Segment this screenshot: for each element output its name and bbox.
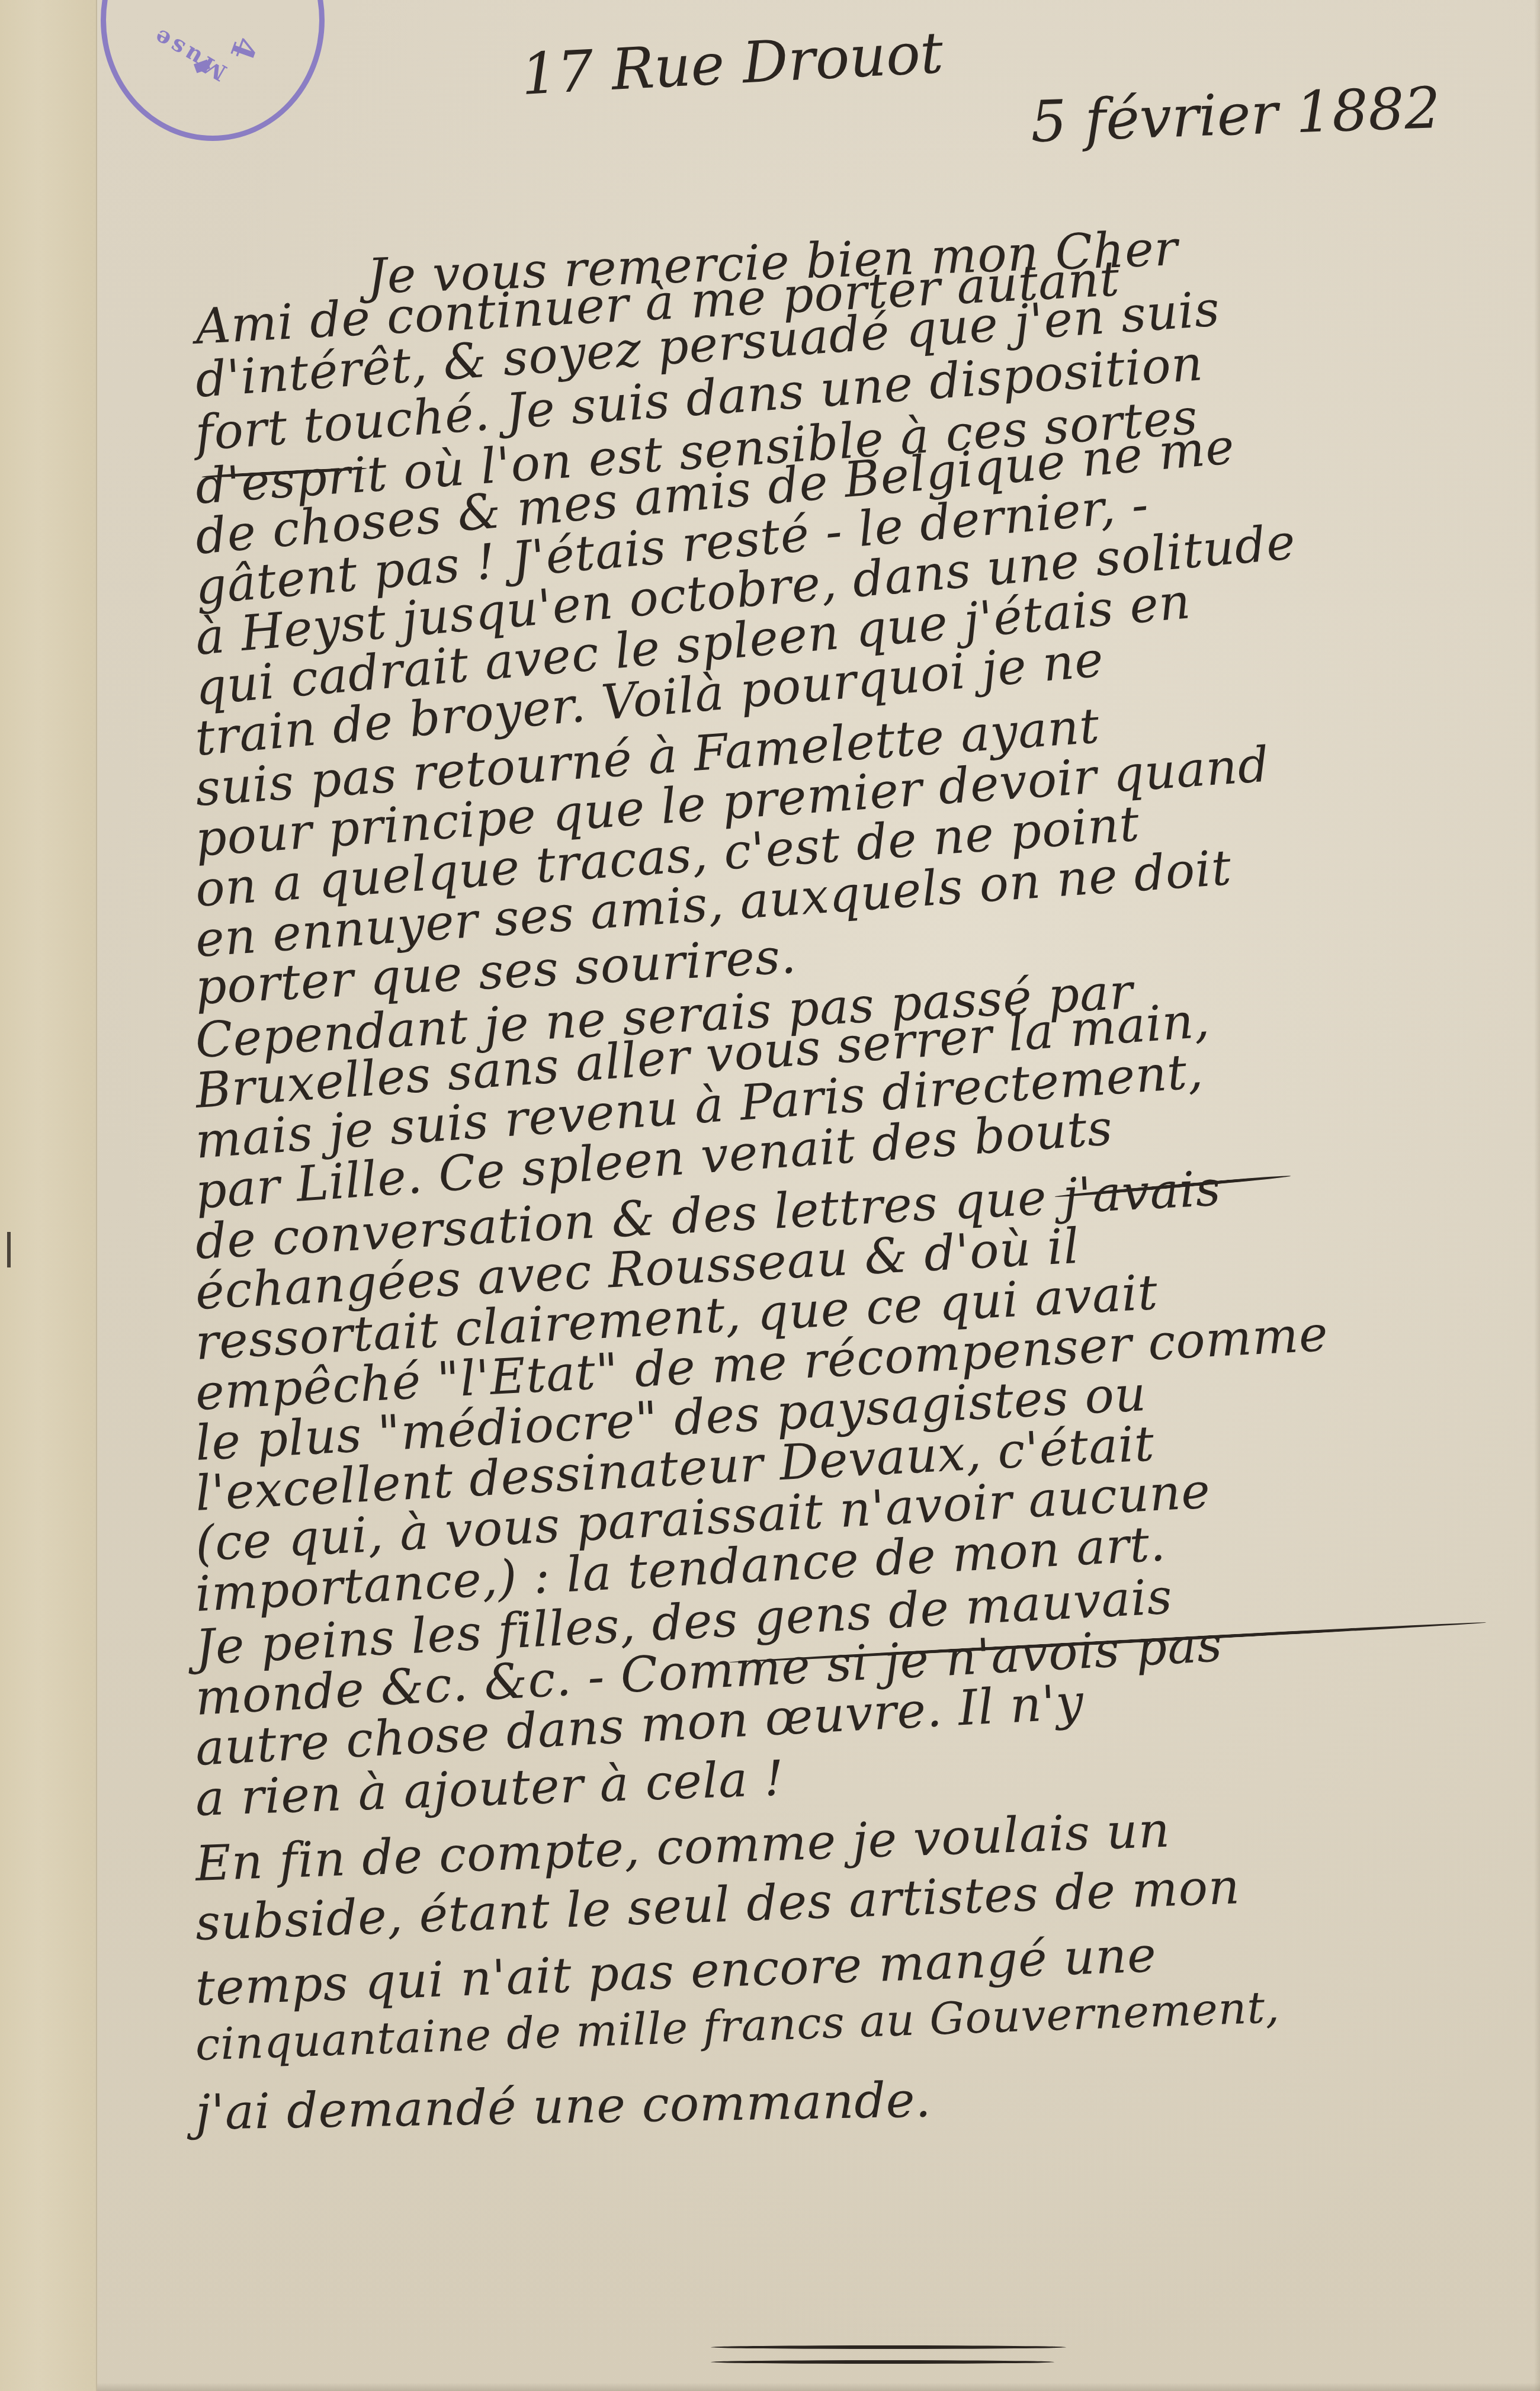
paper-bottom-edge [97, 2383, 1540, 2391]
margin-mark [7, 1232, 11, 1267]
underline-une-commande-2 [711, 2360, 1054, 2364]
paper-right-edge [1534, 0, 1540, 2391]
stamp-text: Muse [146, 22, 231, 86]
underline-une-commande-1 [711, 2345, 1066, 2349]
mount-strip [0, 0, 97, 2391]
